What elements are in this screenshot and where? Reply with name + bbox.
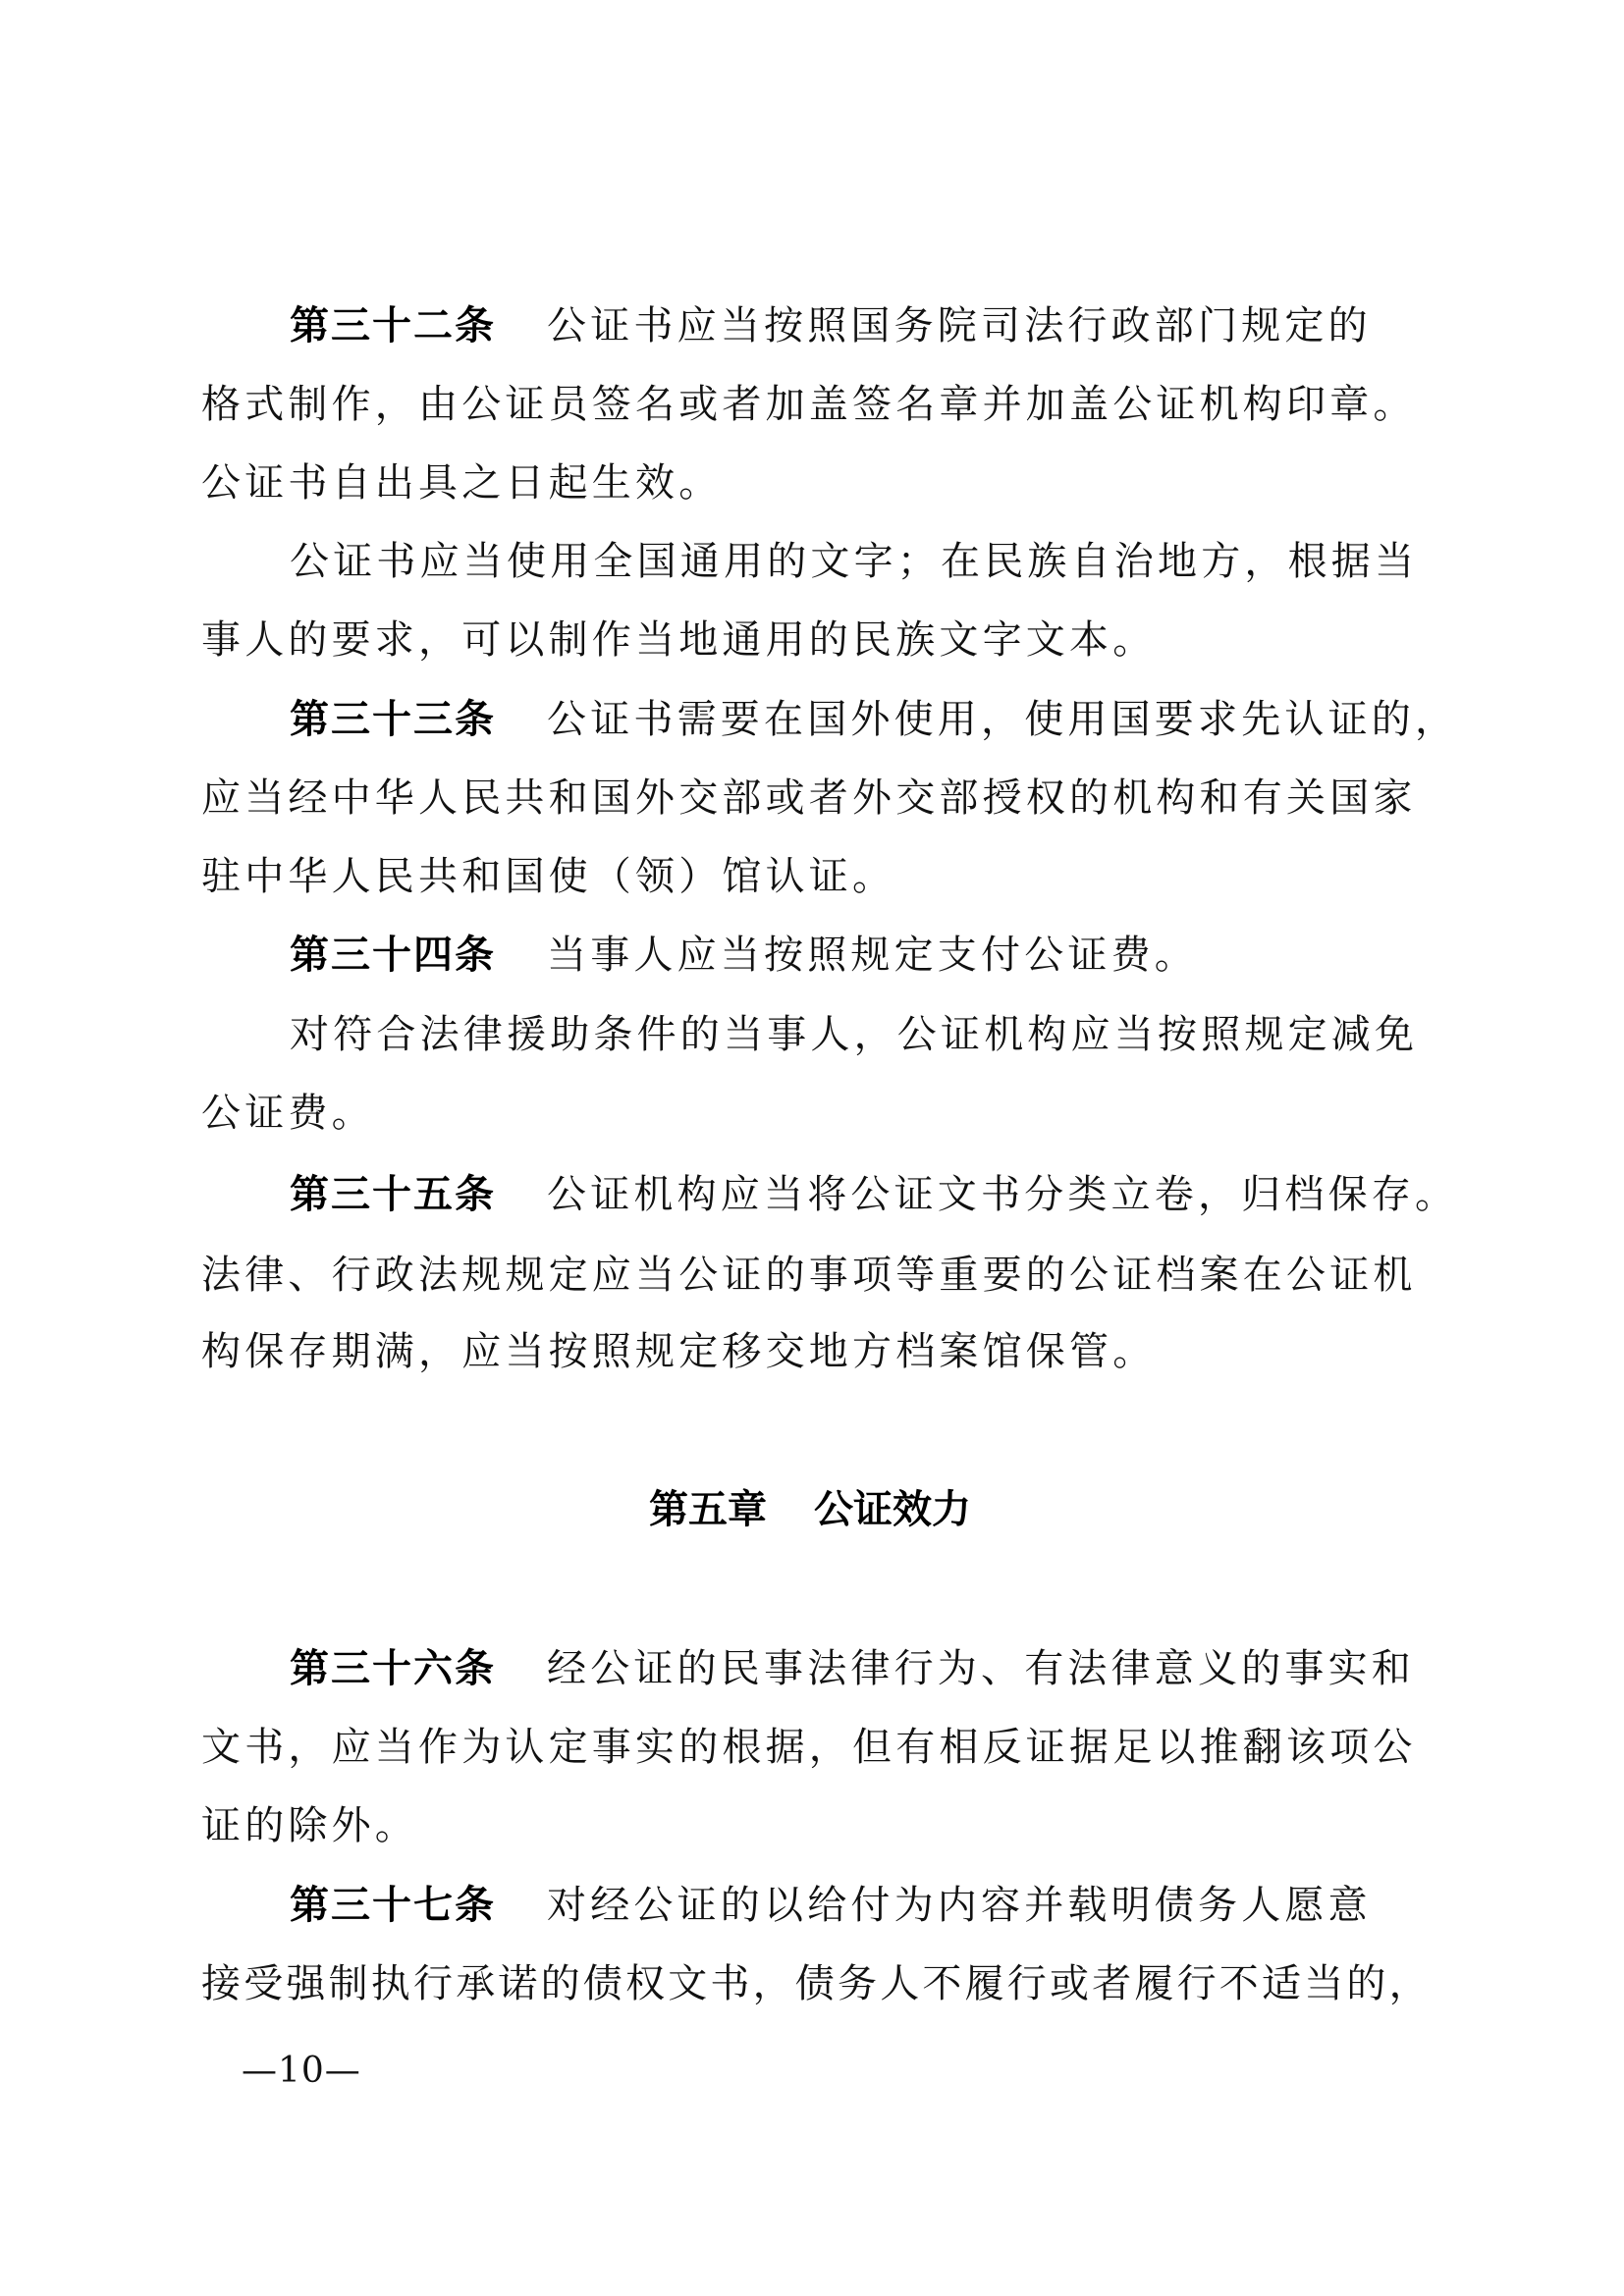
chapter-heading: 第五章公证效力 (201, 1480, 1419, 1539)
article-heading: 第三十二条 (290, 303, 496, 348)
article-36-line-2: 文书，应当作为认定事实的根据，但有相反证据足以推翻该项公 (201, 1718, 1419, 1777)
article-text: 公证书需要在国外使用，使用国要求先认证的， (547, 697, 1458, 742)
article-33-line-2: 应当经中华人民共和国外交部或者外交部授权的机构和有关国家 (201, 769, 1419, 828)
article-34-para-2-line-1: 对符合法律援助条件的当事人，公证机构应当按照规定减免 (290, 1005, 1419, 1064)
article-32-para-2-line-1: 公证书应当使用全国通用的文字；在民族自治地方，根据当 (290, 532, 1419, 591)
article-heading: 第三十三条 (290, 697, 496, 742)
article-text: 公证机构应当将公证文书分类立卷，归档保存。 (547, 1172, 1458, 1217)
chapter-number: 第五章 (649, 1487, 767, 1532)
article-heading: 第三十四条 (290, 933, 496, 978)
article-34-line-1: 第三十四条当事人应当按照规定支付公证费。 (290, 926, 1419, 985)
article-33-line-1: 第三十三条公证书需要在国外使用，使用国要求先认证的， (290, 690, 1419, 749)
article-35-line-1: 第三十五条公证机构应当将公证文书分类立卷，归档保存。 (290, 1165, 1419, 1224)
document-page: 第三十二条公证书应当按照国务院司法行政部门规定的 格式制作，由公证员签名或者加盖… (0, 0, 1624, 2296)
article-32-line-3: 公证书自出具之日起生效。 (201, 454, 1419, 512)
article-37-line-1: 第三十七条对经公证的以给付为内容并载明债务人愿意 (290, 1876, 1419, 1935)
article-text: 对经公证的以给付为内容并载明债务人愿意 (547, 1883, 1372, 1928)
chapter-title: 公证效力 (814, 1487, 971, 1532)
article-34-para-2-line-2: 公证费。 (201, 1084, 1419, 1143)
article-36-line-1: 第三十六条经公证的民事法律行为、有法律意义的事实和 (290, 1639, 1419, 1698)
article-35-line-3: 构保存期满，应当按照规定移交地方档案馆保管。 (201, 1322, 1419, 1381)
article-35-line-2: 法律、行政法规规定应当公证的事项等重要的公证档案在公证机 (201, 1246, 1419, 1305)
article-32-para-2-line-2: 事人的要求，可以制作当地通用的民族文字文本。 (201, 611, 1419, 669)
page-number: —10— (242, 2050, 361, 2093)
article-text: 经公证的民事法律行为、有法律意义的事实和 (547, 1646, 1415, 1691)
article-text: 当事人应当按照规定支付公证费。 (547, 933, 1198, 978)
article-heading: 第三十六条 (290, 1646, 496, 1691)
article-37-line-2: 接受强制执行承诺的债权文书，债务人不履行或者履行不适当的， (201, 1954, 1419, 2013)
article-heading: 第三十五条 (290, 1172, 496, 1217)
article-36-line-3: 证的除外。 (201, 1796, 1419, 1855)
article-heading: 第三十七条 (290, 1883, 496, 1928)
article-32-line-1: 第三十二条公证书应当按照国务院司法行政部门规定的 (290, 296, 1419, 355)
article-text: 公证书应当按照国务院司法行政部门规定的 (547, 303, 1372, 348)
article-32-line-2: 格式制作，由公证员签名或者加盖签名章并加盖公证机构印章。 (201, 375, 1419, 434)
article-33-line-3: 驻中华人民共和国使（领）馆认证。 (201, 847, 1419, 906)
